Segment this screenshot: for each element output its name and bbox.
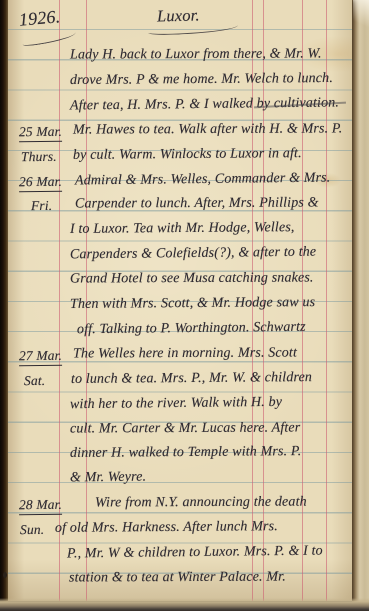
- diary-line-text: with her to the river. Walk with H. by: [70, 393, 282, 412]
- diary-line-text: station & to tea at Winter Palace. Mr.: [69, 568, 286, 586]
- diary-line-text: Grand Hotel to see Musa catching snakes.: [70, 270, 314, 288]
- diary-line-text: Then with Mrs. Scott, & Mr. Hodge saw us: [70, 294, 315, 313]
- entry-weekday-label: Sat.: [24, 372, 45, 389]
- diary-line-text: to lunch & tea. Mrs. P., Mr. W. & childr…: [71, 369, 312, 388]
- page-corner-highlight: [353, 0, 369, 30]
- title-underline-flourish: [148, 22, 238, 35]
- page-edge-right: [352, 0, 369, 611]
- entry-weekday-label: Fri.: [31, 197, 52, 214]
- page-title: Luxor.: [157, 6, 200, 24]
- diary-line-text: P., Mr. W & children to Luxor. Mrs. P. &…: [67, 543, 323, 563]
- book-binding-edge: [0, 0, 8, 611]
- page-edge-bottom: [0, 598, 369, 611]
- entry-date-label: 28 Mar.: [19, 496, 62, 515]
- diary-line-text: by cult. Warm. Winlocks to Luxor in aft.: [73, 145, 302, 164]
- diary-line-text: I to Luxor. Tea with Mr. Hodge, Welles,: [70, 219, 295, 238]
- diary-line-text: The Welles here in morning. Mrs. Scott: [73, 344, 297, 362]
- entry-weekday-label: Thurs.: [21, 147, 57, 164]
- diary-line-text: & Mr. Weyre.: [70, 469, 146, 487]
- notebook-page: 1926. Luxor. Lady H. back to Luxor from …: [7, 0, 352, 601]
- diary-line-text: Lady H. back to Luxor from there, & Mr. …: [70, 45, 322, 63]
- entry-date-label: 26 Mar.: [19, 172, 62, 191]
- entry-weekday-label: Sun.: [20, 521, 44, 538]
- ink-speck: [3, 572, 7, 578]
- diary-line-text: Carpenders & Colefields(?), & after to t…: [70, 244, 316, 264]
- entry-date-label: 27 Mar.: [19, 347, 62, 366]
- diary-line-text: Admiral & Mrs. Welles, Commander & Mrs.: [75, 169, 331, 189]
- year-heading: 1926.: [18, 8, 61, 29]
- entry-date-label: 25 Mar.: [19, 122, 62, 141]
- manuscript-lines: 1926. Luxor. Lady H. back to Luxor from …: [7, 0, 352, 601]
- diary-line-text: of old Mrs. Harkness. After lunch Mrs.: [55, 518, 278, 537]
- diary-line-text: Mr. Hawes to tea. Walk after with H. & M…: [73, 120, 342, 138]
- diary-line-text: off. Talking to P. Worthington. Schwartz: [77, 319, 306, 339]
- diary-line-text: cult. Mr. Carter & Mr. Lucas here. After: [70, 419, 300, 437]
- diary-line-text: drove Mrs. P & me home. Mr. Welch to lun…: [70, 70, 333, 89]
- diary-line-text: Carpender to lunch. After, Mrs. Phillips…: [75, 195, 319, 213]
- diary-line-text: Wire from N.Y. announcing the death: [95, 494, 307, 512]
- diary-page-scan: 1926. Luxor. Lady H. back to Luxor from …: [0, 0, 369, 611]
- diary-line-text: dinner H. walked to Temple with Mrs. P.: [70, 443, 302, 462]
- year-underline-flourish: [22, 30, 77, 47]
